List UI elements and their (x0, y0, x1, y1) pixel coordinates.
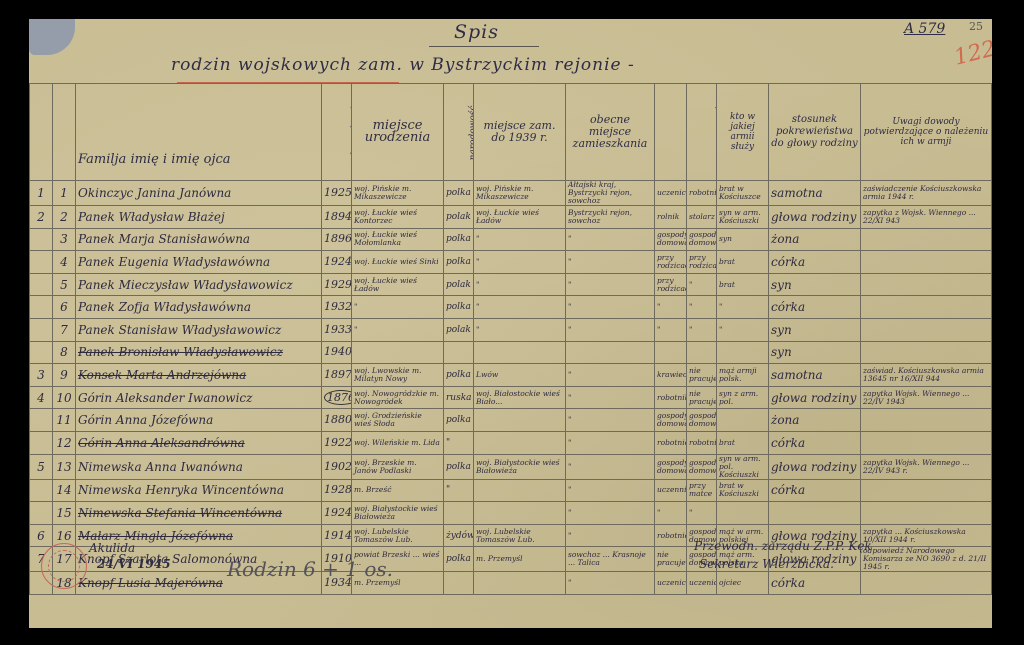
person-name-cell: Panek Marja Stanisławówna (76, 228, 322, 251)
nationality-cell: polak (444, 206, 474, 229)
army-relative-cell: brat w Kościuszce (717, 181, 769, 206)
nationality-cell: polka (444, 547, 474, 572)
person-name-cell: Górin Anna Aleksandrówna (76, 431, 322, 454)
birthplace-cell: woj. Łuckie wieś Ładów (352, 273, 444, 296)
register-table: L.p. rodziny L.p. osobowo Familja imię i… (29, 83, 992, 595)
header-residence-1939: miejsce zam. do 1939 r. (474, 84, 566, 181)
person-number-cell: 5 (53, 273, 76, 296)
birth-year-cell: 1924 (322, 251, 352, 274)
ink-stain (29, 19, 75, 55)
nationality-cell: " (444, 479, 474, 502)
birth-year-cell: 1933 (322, 318, 352, 341)
birthplace-cell: " (352, 296, 444, 319)
nationality-cell: polka (444, 228, 474, 251)
birthplace-cell: woj. Białystockie wieś Białowieża (352, 502, 444, 525)
current-occupation-cell: uczenica (687, 572, 717, 595)
header-name: Familja imię i imię ojca (76, 84, 322, 181)
person-number-cell: 13 (53, 454, 76, 479)
person-name-cell: Panek Mieczysław Władysławowicz (76, 273, 322, 296)
current-residence-cell: " (566, 228, 655, 251)
occupation-1939-cell: gospodyni domowa (655, 454, 687, 479)
residence-1939-cell: " (474, 273, 566, 296)
table-row: 410Górin Aleksander Iwanowicz1876woj. No… (30, 386, 992, 409)
current-residence-cell: " (566, 318, 655, 341)
residence-1939-cell: woj. Białostockie wieś Biało... (474, 386, 566, 409)
relation-cell: syn (769, 318, 861, 341)
header-lp-person: L.p. osobowo (53, 84, 76, 181)
table-row: 18Knopf Lusia Majerówna1934m. Przemyśl"u… (30, 572, 992, 595)
person-number-cell: 14 (53, 479, 76, 502)
person-number-cell: 11 (53, 409, 76, 432)
table-row: 11Górin Anna Józefówna1880woj. Grodzieńs… (30, 409, 992, 432)
army-relative-cell: syn w arm. pol. Kościuszki (717, 454, 769, 479)
table-row: 513Nimewska Anna Iwanówna1902woj. Brzesk… (30, 454, 992, 479)
occupation-1939-cell: rolnik (655, 206, 687, 229)
residence-1939-cell: woj. Pińskie m. Mikaszewicze (474, 181, 566, 206)
army-relative-cell: " (717, 296, 769, 319)
army-relative-cell: brat (717, 273, 769, 296)
table-row: 22Panek Władysław Błażej1894woj. Łuckie … (30, 206, 992, 229)
residence-1939-cell (474, 431, 566, 454)
army-relative-cell: mąż armji polsk. (717, 364, 769, 387)
relation-cell: samotna (769, 364, 861, 387)
current-residence-cell: " (566, 572, 655, 595)
total-families: Rodzin 6 + 1 os. (227, 557, 393, 581)
remarks-cell: zapytka Wojsk. Wiennego ... 22/IV 1943 (861, 386, 992, 409)
remarks-cell (861, 318, 992, 341)
person-number-cell: 7 (53, 318, 76, 341)
table-row: 15Nimewska Stefania Wincentówna1924woj. … (30, 502, 992, 525)
header-relation: stosunek pokrewieństwa do głowy rodziny (769, 84, 861, 181)
relation-cell: syn (769, 273, 861, 296)
header-birth-year: rok urodzenia (322, 84, 352, 181)
birthplace-cell: woj. Wileńskie m. Lida (352, 431, 444, 454)
header-current-residence: obecne miejsce zamieszkania (566, 84, 655, 181)
occupation-1939-cell: krawiecka (655, 364, 687, 387)
current-residence-cell: " (566, 251, 655, 274)
current-residence-cell: Ałtajski kraj, Bystrzycki rejon, sowchoz (566, 181, 655, 206)
army-relative-cell: brat (717, 251, 769, 274)
current-residence-cell: " (566, 273, 655, 296)
current-residence-cell (566, 341, 655, 364)
header-occupation-1939: zawód do 1939 r. (655, 84, 687, 181)
remarks-cell (861, 228, 992, 251)
birthplace-cell: woj. Pińskie m. Mikaszewicze (352, 181, 444, 206)
birthplace-cell: woj. Brzeskie m. Janów Podlaski (352, 454, 444, 479)
page-number: 25 (969, 20, 983, 33)
table-row: 7Panek Stanisław Władysławowicz1933"pola… (30, 318, 992, 341)
header-remarks: Uwagi dowody potwierdzające o należeniu … (861, 84, 992, 181)
occupation-1939-cell: przy rodzicach (655, 273, 687, 296)
current-residence-cell: " (566, 454, 655, 479)
current-occupation-cell: " (687, 296, 717, 319)
chairman-signature: Przewodn. zarządu Z.P.P. Kęk (694, 539, 872, 553)
table-row: 39Konsek Marta Andrzejówna1897woj. Lwows… (30, 364, 992, 387)
person-number-cell: 8 (53, 341, 76, 364)
current-occupation-cell: robotnica (687, 431, 717, 454)
person-name-cell: Konsek Marta Andrzejówna (76, 364, 322, 387)
occupation-1939-cell: nie pracuje (655, 547, 687, 572)
document-sheet: Spis rodzin wojskowych zam. w Bystrzycki… (29, 19, 992, 628)
current-residence-cell: " (566, 409, 655, 432)
current-occupation-cell: przy matce (687, 479, 717, 502)
person-number-cell: 15 (53, 502, 76, 525)
title-underline (429, 46, 539, 47)
current-occupation-cell (687, 341, 717, 364)
person-number-cell: 10 (53, 386, 76, 409)
nationality-cell: " (444, 431, 474, 454)
person-number-cell: 3 (53, 228, 76, 251)
family-number-cell: 5 (30, 454, 53, 479)
residence-1939-cell: " (474, 251, 566, 274)
current-occupation-cell: przy rodzicach (687, 251, 717, 274)
birth-year-cell: 1940 (322, 341, 352, 364)
birth-year-cell: 1929 (322, 273, 352, 296)
current-residence-cell: " (566, 386, 655, 409)
current-residence-cell: " (566, 524, 655, 547)
nationality-cell: polka (444, 454, 474, 479)
residence-1939-cell: " (474, 318, 566, 341)
person-name-cell: Nimewska Stefania Wincentówna (76, 502, 322, 525)
remarks-cell (861, 502, 992, 525)
occupation-1939-cell: robotnica (655, 524, 687, 547)
birth-year-cell: 1922 (322, 431, 352, 454)
army-relative-cell: ojciec (717, 572, 769, 595)
residence-1939-cell: woj. Białystockie wieś Białowieża (474, 454, 566, 479)
birthplace-cell: woj. Łuckie wieś Kontorzec (352, 206, 444, 229)
person-number-cell: 6 (53, 296, 76, 319)
remarks-cell: zapytka ... Kościuszkowska 10/XII 1944 r… (861, 524, 992, 547)
current-residence-cell: " (566, 431, 655, 454)
birthplace-cell: m. Brześć (352, 479, 444, 502)
birthplace-cell: woj. Łuckie wieś Sinki (352, 251, 444, 274)
birthplace-cell: " (352, 318, 444, 341)
army-relative-cell: syn z arm. pol. (717, 386, 769, 409)
header-row: L.p. rodziny L.p. osobowo Familja imię i… (30, 84, 992, 181)
birthplace-cell (352, 341, 444, 364)
current-occupation-cell: " (687, 273, 717, 296)
current-occupation-cell: nie pracuje (687, 364, 717, 387)
signature-left: Akulida (89, 541, 135, 555)
birthplace-cell: woj. Łuckie wieś Mołomlanka (352, 228, 444, 251)
family-number-cell (30, 228, 53, 251)
person-number-cell: 1 (53, 181, 76, 206)
person-number-cell: 2 (53, 206, 76, 229)
nationality-cell: polka (444, 296, 474, 319)
table-row: 12Górin Anna Aleksandrówna1922woj. Wileń… (30, 431, 992, 454)
family-number-cell (30, 251, 53, 274)
person-name-cell: Górin Anna Józefówna (76, 409, 322, 432)
person-name-cell: Panek Bronisław Władysławowicz (76, 341, 322, 364)
occupation-1939-cell: przy rodzicach (655, 251, 687, 274)
archive-number: A 579 (904, 21, 945, 37)
residence-1939-cell (474, 409, 566, 432)
residence-1939-cell (474, 479, 566, 502)
family-number-cell (30, 431, 53, 454)
table-row: 5Panek Mieczysław Władysławowicz1929woj.… (30, 273, 992, 296)
family-number-cell (30, 409, 53, 432)
army-relative-cell: brat (717, 431, 769, 454)
occupation-1939-cell: uczennica (655, 479, 687, 502)
birth-year-cell: 1876 (322, 386, 352, 409)
residence-1939-cell: woj. Łuckie wieś Ładów (474, 206, 566, 229)
circled-year: 1876 (324, 390, 352, 405)
table-row: 6Panek Zofja Władysławówna1932"polka""""… (30, 296, 992, 319)
remarks-cell: odpowiedź Narodowego Komisarza ze NO 369… (861, 547, 992, 572)
current-occupation-cell: " (687, 502, 717, 525)
remarks-cell (861, 341, 992, 364)
secretary-signature: Sekretarz Wierzbicka. (699, 557, 834, 571)
residence-1939-cell: woj. Lubelskie Tomaszów Lub. (474, 524, 566, 547)
current-residence-cell: " (566, 479, 655, 502)
family-number-cell (30, 318, 53, 341)
header-current-occupation: obecny zawód (687, 84, 717, 181)
residence-1939-cell: " (474, 228, 566, 251)
current-occupation-cell: " (687, 318, 717, 341)
birthplace-cell: woj. Grodzieńskie wieś Słoda (352, 409, 444, 432)
person-name-cell: Nimewska Henryka Wincentówna (76, 479, 322, 502)
birth-year-cell: 1880 (322, 409, 352, 432)
occupation-1939-cell: " (655, 502, 687, 525)
current-occupation-cell: gospodyni domowa (687, 409, 717, 432)
document-title: Spis (454, 21, 499, 43)
remarks-cell: zapytka z Wojsk. Wiennego ... 22/XI 943 (861, 206, 992, 229)
person-number-cell: 9 (53, 364, 76, 387)
relation-cell: córka (769, 296, 861, 319)
current-occupation-cell: stolarz (687, 206, 717, 229)
header-lp-family: L.p. rodziny (30, 84, 53, 181)
nationality-cell: polak (444, 318, 474, 341)
family-number-cell: 1 (30, 181, 53, 206)
relation-cell: żona (769, 228, 861, 251)
residence-1939-cell: " (474, 296, 566, 319)
current-residence-cell: " (566, 364, 655, 387)
army-relative-cell: " (717, 318, 769, 341)
current-residence-cell: Bystrzycki rejon, sowchoz (566, 206, 655, 229)
nationality-cell: żydówka (444, 524, 474, 547)
table-row: 14Nimewska Henryka Wincentówna1928m. Brz… (30, 479, 992, 502)
occupation-1939-cell: gospodyni domowa (655, 409, 687, 432)
relation-cell: syn (769, 341, 861, 364)
person-name-cell: Panek Zofja Władysławówna (76, 296, 322, 319)
army-relative-cell: brat w Kościuszki (717, 479, 769, 502)
signature-date: 24/VI 1945 (97, 557, 171, 571)
nationality-cell: ruska (444, 386, 474, 409)
nationality-cell: polka (444, 409, 474, 432)
family-number-cell (30, 502, 53, 525)
remarks-cell: zaświad. Kościuszkowska armia 13645 nr 1… (861, 364, 992, 387)
person-number-cell: 12 (53, 431, 76, 454)
remarks-cell (861, 296, 992, 319)
relation-cell: córka (769, 251, 861, 274)
nationality-cell (444, 502, 474, 525)
birth-year-cell: 1894 (322, 206, 352, 229)
relation-cell (769, 502, 861, 525)
occupation-1939-cell: robotnica (655, 431, 687, 454)
residence-1939-cell (474, 572, 566, 595)
birth-year-cell: 1924 (322, 502, 352, 525)
birth-year-cell: 1897 (322, 364, 352, 387)
residence-1939-cell (474, 502, 566, 525)
birth-year-cell: 1932 (322, 296, 352, 319)
occupation-1939-cell: robotnik (655, 386, 687, 409)
army-relative-cell (717, 502, 769, 525)
remarks-cell: zaświadczenie Kościuszkowska armia 1944 … (861, 181, 992, 206)
remarks-cell: zapytka Wojsk. Wiennego ... 22/IV 943 r. (861, 454, 992, 479)
relation-cell: samotna (769, 181, 861, 206)
current-residence-cell: " (566, 502, 655, 525)
document-subtitle: rodzin wojskowych zam. w Bystrzyckim rej… (171, 55, 635, 75)
person-name-cell: Panek Eugenia Władysławówna (76, 251, 322, 274)
relation-cell: córka (769, 431, 861, 454)
nationality-cell: polka (444, 181, 474, 206)
nationality-cell (444, 341, 474, 364)
family-number-cell: 2 (30, 206, 53, 229)
occupation-1939-cell: uczenica (655, 572, 687, 595)
occupation-1939-cell: gospodyni domowa (655, 228, 687, 251)
nationality-cell: polak (444, 273, 474, 296)
army-relative-cell: syn (717, 228, 769, 251)
person-name-cell: Panek Stanisław Władysławowicz (76, 318, 322, 341)
relation-cell: córka (769, 572, 861, 595)
relation-cell: córka (769, 479, 861, 502)
family-number-cell: 4 (30, 386, 53, 409)
current-occupation-cell: gospodyni domowa (687, 454, 717, 479)
family-number-cell (30, 296, 53, 319)
family-number-cell: 6 (30, 524, 53, 547)
birth-year-cell: 1928 (322, 479, 352, 502)
header-in-army: kto w jakiej armii służy (717, 84, 769, 181)
birthplace-cell: woj. Lwowskie m. Milatyn Nowy (352, 364, 444, 387)
remarks-cell (861, 572, 992, 595)
birth-year-cell: 1925 (322, 181, 352, 206)
birthplace-cell: woj. Lubelskie Tomaszów Lub. (352, 524, 444, 547)
remarks-cell (861, 431, 992, 454)
remarks-cell (861, 479, 992, 502)
table-row: 4Panek Eugenia Władysławówna1924woj. Łuc… (30, 251, 992, 274)
birth-year-cell: 1902 (322, 454, 352, 479)
birth-year-cell: 1896 (322, 228, 352, 251)
occupation-1939-cell: " (655, 318, 687, 341)
current-occupation-cell: robotnica (687, 181, 717, 206)
family-number-cell (30, 479, 53, 502)
current-residence-cell: sowchoz ... Krasnoje ... Talica (566, 547, 655, 572)
remarks-cell (861, 273, 992, 296)
current-occupation-cell: gospodyni domowa (687, 228, 717, 251)
table-row: 8Panek Bronisław Władysławowicz1940syn (30, 341, 992, 364)
current-residence-cell: " (566, 296, 655, 319)
birth-year-cell: 1914 (322, 524, 352, 547)
family-number-cell: 3 (30, 364, 53, 387)
current-occupation-cell: nie pracuje (687, 386, 717, 409)
residence-1939-cell: m. Przemyśl (474, 547, 566, 572)
nationality-cell: polka (444, 364, 474, 387)
army-relative-cell: syn w arm. Kościuszki (717, 206, 769, 229)
header-birthplace: miejsce urodzenia (352, 84, 444, 181)
header-nationality: narodowość (444, 84, 474, 181)
round-stamp (41, 543, 87, 589)
nationality-cell: polka (444, 251, 474, 274)
army-relative-cell (717, 341, 769, 364)
person-name-cell: Panek Władysław Błażej (76, 206, 322, 229)
relation-cell: żona (769, 409, 861, 432)
table-row: 3Panek Marja Stanisławówna1896woj. Łucki… (30, 228, 992, 251)
remarks-cell (861, 251, 992, 274)
remarks-cell (861, 409, 992, 432)
residence-1939-cell: Lwów (474, 364, 566, 387)
family-number-cell (30, 273, 53, 296)
nationality-cell (444, 572, 474, 595)
army-relative-cell (717, 409, 769, 432)
table-row: 11Okinczyc Janina Janówna1925woj. Piński… (30, 181, 992, 206)
relation-cell: głowa rodziny (769, 454, 861, 479)
family-number-cell (30, 341, 53, 364)
red-folio-number: 122 (952, 36, 992, 70)
birthplace-cell: woj. Nowogródzkie m. Nowogródek (352, 386, 444, 409)
person-number-cell: 4 (53, 251, 76, 274)
occupation-1939-cell (655, 341, 687, 364)
relation-cell: głowa rodziny (769, 386, 861, 409)
occupation-1939-cell: " (655, 296, 687, 319)
person-name-cell: Górin Aleksander Iwanowicz (76, 386, 322, 409)
occupation-1939-cell: uczenica (655, 181, 687, 206)
person-name-cell: Nimewska Anna Iwanówna (76, 454, 322, 479)
relation-cell: głowa rodziny (769, 206, 861, 229)
residence-1939-cell (474, 341, 566, 364)
person-name-cell: Okinczyc Janina Janówna (76, 181, 322, 206)
